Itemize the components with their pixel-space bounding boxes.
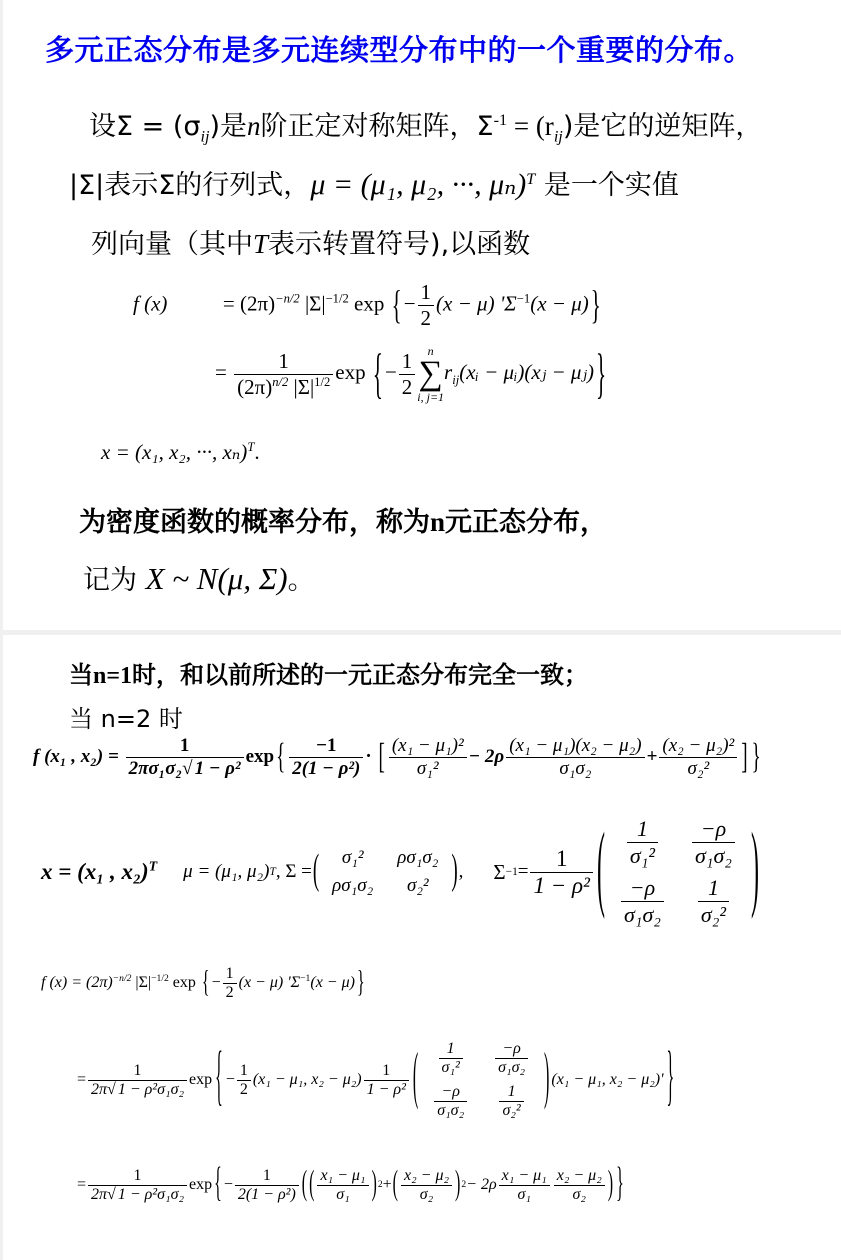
conclusion-line-2: 记为 X ~ N(μ, Σ)。 [83, 558, 315, 597]
right-paren: ) [544, 1044, 549, 1116]
fraction: x₂ − μ₂σ₂ [401, 1167, 452, 1204]
left-brace: { [214, 1162, 222, 1209]
derivation-row-1: f (x) = (2π)−n/2 |Σ|−1/2 exp {−12(x − μ)… [41, 965, 367, 1002]
right-brace: } [591, 282, 601, 330]
right-brace: } [667, 1042, 675, 1118]
left-bracket: [ [378, 737, 384, 779]
right-brace: } [357, 966, 365, 1000]
fraction: (x₁ − μ₁)²σ₁² [389, 735, 467, 780]
left-paren: ( [393, 1165, 398, 1205]
x-vector: x = (x₁ , x₂)T [41, 859, 157, 885]
left-paren: ( [309, 1165, 314, 1205]
left-paren: ( [413, 1044, 418, 1116]
summation: n∑i, j=1 [417, 345, 444, 403]
left-paren: ( [313, 848, 319, 896]
right-paren: ) [451, 848, 457, 896]
right-paren: ) [372, 1165, 377, 1205]
n2-heading: 当 n=2 时 [69, 699, 183, 734]
slide-1: 多元正态分布是多元连续型分布中的一个重要的分布。 设Σ = (σij)是n阶正定… [3, 0, 841, 630]
fraction: (x₂ − μ₂)²σ₂² [659, 735, 737, 780]
fraction: x₁ − μ₁σ₁ [317, 1167, 368, 1204]
fraction: 12 [223, 965, 237, 1002]
fraction: 11 − ρ² [530, 846, 592, 899]
fraction: 12π√1 − ρ²σ₁σ₂ [88, 1062, 187, 1099]
fraction: 12 [418, 280, 435, 331]
fraction: 1(2π)n/2 |Σ|1/2 [234, 349, 333, 400]
right-brace: } [752, 737, 761, 779]
left-brace: { [202, 966, 210, 1000]
left-paren: ( [597, 818, 605, 926]
definition-line-3: 列向量（其中T表示转置符号),以函数 [91, 222, 530, 261]
sigma-matrix: σ₁²ρσ₁σ₂ ρσ₁σ₂σ₂² [320, 844, 450, 900]
sigma-inverse-matrix: 1σ₁² −ρσ₁σ₂ −ρσ₁σ₂ 1σ₂² [420, 1037, 542, 1123]
density-formula-row-2: = 1(2π)n/2 |Σ|1/2exp {−12n∑i, j=1rij(xᵢ … [215, 345, 608, 403]
left-brace: { [392, 282, 402, 330]
parameter-definitions: x = (x₁ , x₂)T μ = (μ₁, μ₂)T, Σ = ( σ₁²ρ… [41, 807, 761, 937]
definition-line-2: |Σ|表示Σ的行列式，μ = (μ₁, μ₂, ···, μₙ)T 是一个实值 [69, 163, 679, 202]
fraction: (x₁ − μ₁)(x₂ − μ₂)σ₁σ₂ [506, 735, 644, 780]
fraction: 12π√1 − ρ²σ₁σ₂ [88, 1167, 187, 1204]
derivation-row-2: = 12π√1 − ρ²σ₁σ₂exp {−12(x₁ − μ₁, x₂ − μ… [77, 1020, 677, 1140]
fraction: 12 [399, 349, 416, 400]
density-formula-row-1: f (x) = (2π)−n/2 |Σ|−1/2 exp {−12(x − μ)… [133, 280, 603, 331]
slide-2: 当n=1时，和以前所述的一元正态分布完全一致； 当 n=2 时 f (x₁ , … [3, 635, 841, 1260]
sigma-inverse-matrix: 1σ₁² −ρσ₁σ₂ −ρσ₁σ₂ 1σ₂² [607, 813, 749, 931]
fraction: −12(1 − ρ²) [289, 735, 363, 780]
left-brace: { [373, 342, 383, 407]
fraction: 11 − ρ² [364, 1062, 409, 1099]
x-vector-definition: x = (x₁, x₂, ···, xₙ)T. [101, 440, 260, 465]
left-paren: ( [302, 1165, 307, 1205]
bivariate-density-formula: f (x₁ , x₂) = 12πσ₁σ₂√1 − ρ²exp{−12(1 − … [33, 735, 763, 780]
right-paren: ) [455, 1165, 460, 1205]
derivation-row-3: = 12π√1 − ρ²σ₁σ₂exp {−12(1 − ρ²) ((x₁ − … [77, 1150, 626, 1220]
fraction: x₁ − μ₁σ₁ [499, 1167, 550, 1204]
right-brace: } [596, 342, 606, 407]
left-brace: { [276, 737, 285, 779]
fraction: 12(1 − ρ²) [235, 1167, 299, 1204]
left-brace: { [215, 1042, 223, 1118]
n1-statement: 当n=1时，和以前所述的一元正态分布完全一致； [69, 655, 588, 690]
definition-line-1: 设Σ = (σij)是n阶正定对称矩阵，Σ-1 = (rij)是它的逆矩阵， [89, 104, 762, 143]
conclusion-line-1: 为密度函数的概率分布，称为n元正态分布， [79, 500, 607, 539]
right-paren: ) [751, 818, 759, 926]
fraction: x₂ − μ₂σ₂ [554, 1167, 605, 1204]
fraction: 12 [237, 1062, 251, 1099]
right-bracket: ] [741, 737, 747, 779]
slide-title: 多元正态分布是多元连续型分布中的一个重要的分布。 [45, 28, 753, 69]
fraction: 12πσ₁σ₂√1 − ρ² [126, 735, 244, 780]
right-paren: ) [608, 1165, 613, 1205]
right-brace: } [616, 1162, 624, 1209]
